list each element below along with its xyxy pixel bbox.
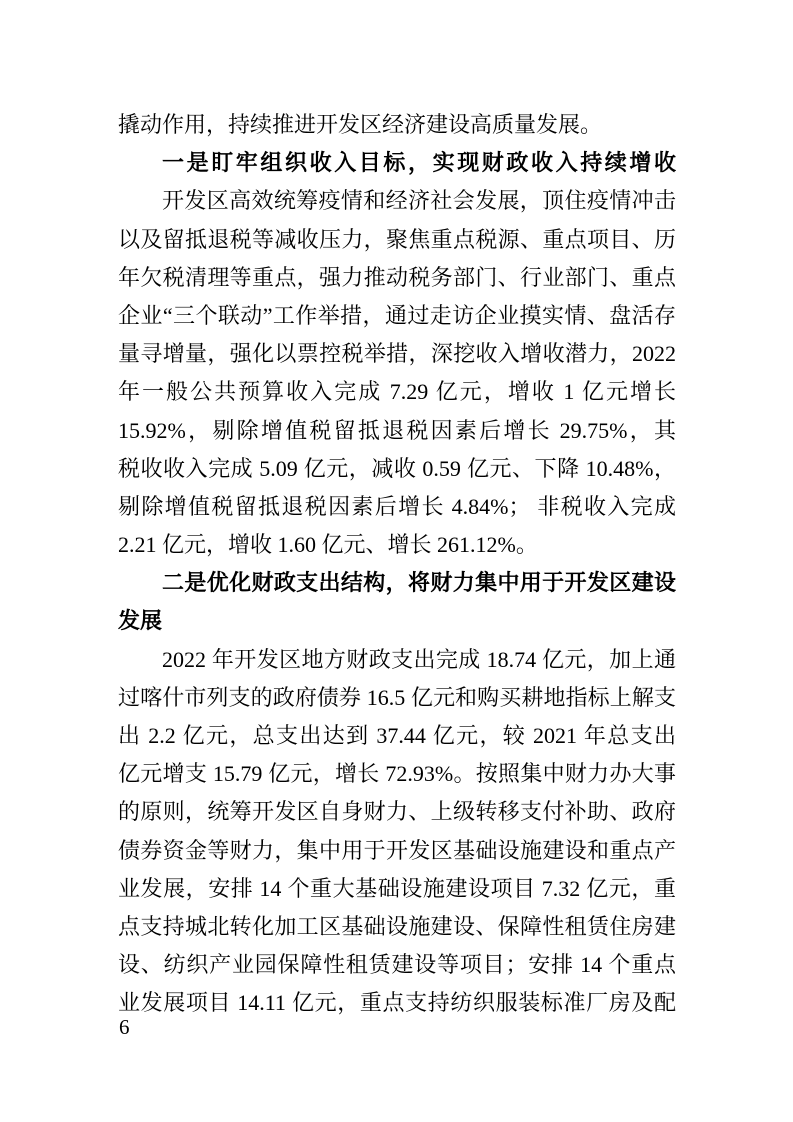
- text-line: 发展: [118, 602, 676, 640]
- text-line: 二是优化财政支出结构，将财力集中用于开发区建设: [118, 564, 676, 602]
- text-line: 亿元增支 15.79 亿元，增长 72.93%。按照集中财力办大事: [118, 755, 676, 793]
- text-line: 过喀什市列支的政府债券 16.5 亿元和购买耕地指标上解支: [118, 679, 676, 717]
- text-line: 设、纺织产业园保障性租赁建设等项目；安排 14 个重点产: [118, 946, 676, 984]
- text-line: 业发展，安排 14 个重大基础设施建设项目 7.32 亿元，重: [118, 870, 676, 908]
- text-line: 点支持城北转化加工区基础设施建设、保障性租赁住房建: [118, 908, 676, 946]
- text-line: 撬动作用，持续推进开发区经济建设高质量发展。: [118, 106, 676, 144]
- text-line: 税收收入完成 5.09 亿元，减收 0.59 亿元、下降 10.48%，: [118, 450, 676, 488]
- document-body: 撬动作用，持续推进开发区经济建设高质量发展。一是盯牢组织收入目标，实现财政收入持…: [118, 106, 676, 1023]
- text-line: 年欠税清理等重点，强力推动税务部门、行业部门、重点: [118, 259, 676, 297]
- text-line: 一是盯牢组织收入目标，实现财政收入持续增收: [118, 144, 676, 182]
- text-line: 业发展项目 14.11 亿元，重点支持纺织服装标准厂房及配: [118, 984, 676, 1022]
- paragraph: 开发区高效统筹疫情和经济社会发展，顶住疫情冲击以及留抵退税等减收压力，聚焦重点税…: [118, 182, 676, 564]
- text-line: 15.92%，剔除增值税留抵退税因素后增长 29.75%，其中：: [118, 412, 676, 450]
- text-line: 量寻增量，强化以票控税举措，深挖收入增收潜力，2022: [118, 335, 676, 373]
- text-line: 企业“三个联动”工作举措，通过走访企业摸实情、盘活存: [118, 297, 676, 335]
- text-line: 开发区高效统筹疫情和经济社会发展，顶住疫情冲击: [118, 182, 676, 220]
- text-line: 以及留抵退税等减收压力，聚焦重点税源、重点项目、历: [118, 221, 676, 259]
- text-line: 的原则，统筹开发区自身财力、上级转移支付补助、政府: [118, 793, 676, 831]
- text-line: 2022 年开发区地方财政支出完成 18.74 亿元，加上通: [118, 641, 676, 679]
- paragraph: 2022 年开发区地方财政支出完成 18.74 亿元，加上通过喀什市列支的政府债…: [118, 641, 676, 1023]
- text-line: 2.21 亿元，增收 1.60 亿元、增长 261.12%。: [118, 526, 676, 564]
- text-line: 剔除增值税留抵退税因素后增长 4.84%； 非税收入完成: [118, 488, 676, 526]
- section-heading: 一是盯牢组织收入目标，实现财政收入持续增收: [118, 144, 676, 182]
- text-line: 年一般公共预算收入完成 7.29 亿元，增收 1 亿元增长: [118, 373, 676, 411]
- text-line: 出 2.2 亿元，总支出达到 37.44 亿元，较 2021 年总支出 21.6…: [118, 717, 676, 755]
- paragraph: 撬动作用，持续推进开发区经济建设高质量发展。: [118, 106, 676, 144]
- document-page: 撬动作用，持续推进开发区经济建设高质量发展。一是盯牢组织收入目标，实现财政收入持…: [0, 0, 793, 1122]
- text-line: 债券资金等财力，集中用于开发区基础设施建设和重点产: [118, 832, 676, 870]
- section-heading: 二是优化财政支出结构，将财力集中用于开发区建设发展: [118, 564, 676, 640]
- page-number: 6: [119, 1012, 130, 1042]
